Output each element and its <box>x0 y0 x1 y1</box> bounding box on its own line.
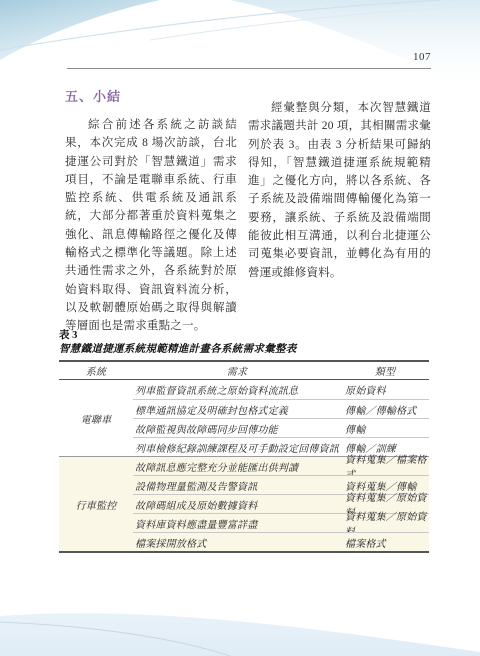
table-cell-type: 傳輸／傳輸格式 <box>341 399 429 418</box>
right-column: 經彙整與分類，本次智慧鐵道需求議題共計 20 項，其相關需求彙列於表 3。由表 … <box>248 86 431 336</box>
table-cell-requirement: 檔案採開放格式 <box>133 532 341 551</box>
section-small-conclusion: 五、小結 綜合前述各系統之訪談結果，本次完成 8 場次訪談，台北捷運公司對於「智… <box>65 86 431 336</box>
requirements-table: 系統 需求 類型 電聯車 列車監督資訊系統之原始資料流訊息 原始資料 標準通訊協… <box>59 360 429 553</box>
system-group-label: 行車監控 <box>59 456 133 551</box>
right-paragraph: 經彙整與分類，本次智慧鐵道需求議題共計 20 項，其相關需求彙列於表 3。由表 … <box>248 99 431 282</box>
journal-page: { "page": { "number": "107" }, "section"… <box>0 0 480 656</box>
header-rule <box>67 68 431 69</box>
system-group-label: 電聯車 <box>59 380 133 456</box>
page-number: 107 <box>67 51 431 63</box>
table-cell-requirement: 設備物理量監測及告警資訊 <box>133 475 341 494</box>
column-header-requirement: 需求 <box>133 362 341 380</box>
table-cell-requirement: 列車監督資訊系統之原始資料流訊息 <box>133 380 341 399</box>
bottom-wave-decoration <box>0 586 480 656</box>
table-cell-requirement: 列車檢修紀錄訓練課程及可手動設定回傳資訊 <box>133 437 341 456</box>
table-cell-requirement: 故障監視與故障碼同步回傳功能 <box>133 418 341 437</box>
table-cell-requirement: 故障訊息應完整充分並能匯出供判讀 <box>133 456 341 475</box>
column-header-system: 系統 <box>59 362 133 380</box>
table-cell-type: 原始資料 <box>341 380 429 399</box>
left-column: 五、小結 綜合前述各系統之訪談結果，本次完成 8 場次訪談，台北捷運公司對於「智… <box>65 86 237 336</box>
table-cell-type: 資料蒐集／檔案格式 <box>341 456 429 475</box>
table-cell-type: 傳輸 <box>341 418 429 437</box>
table-cell-requirement: 故障碼組成及原始數據資料 <box>133 494 341 513</box>
table-3-block: 表 3 智慧鐵道捷運系統規範精進計畫各系統需求彙整表 系統 需求 類型 電聯車 … <box>59 329 429 553</box>
table-cell-type: 檔案格式 <box>341 532 429 551</box>
table-caption: 智慧鐵道捷運系統規範精進計畫各系統需求彙整表 <box>59 343 429 357</box>
left-paragraph: 綜合前述各系統之訪談結果，本次完成 8 場次訪談，台北捷運公司對於「智慧鐵道」需… <box>65 116 237 336</box>
table-cell-requirement: 標準通訊協定及明確封包格式定義 <box>133 399 341 418</box>
table-label: 表 3 <box>59 329 429 343</box>
section-heading: 五、小結 <box>65 86 237 105</box>
column-header-type: 類型 <box>341 362 429 380</box>
table-cell-type: 資料蒐集／原始資料 <box>341 513 429 532</box>
table-cell-requirement: 資料庫資料應盡量豐富詳盡 <box>133 513 341 532</box>
